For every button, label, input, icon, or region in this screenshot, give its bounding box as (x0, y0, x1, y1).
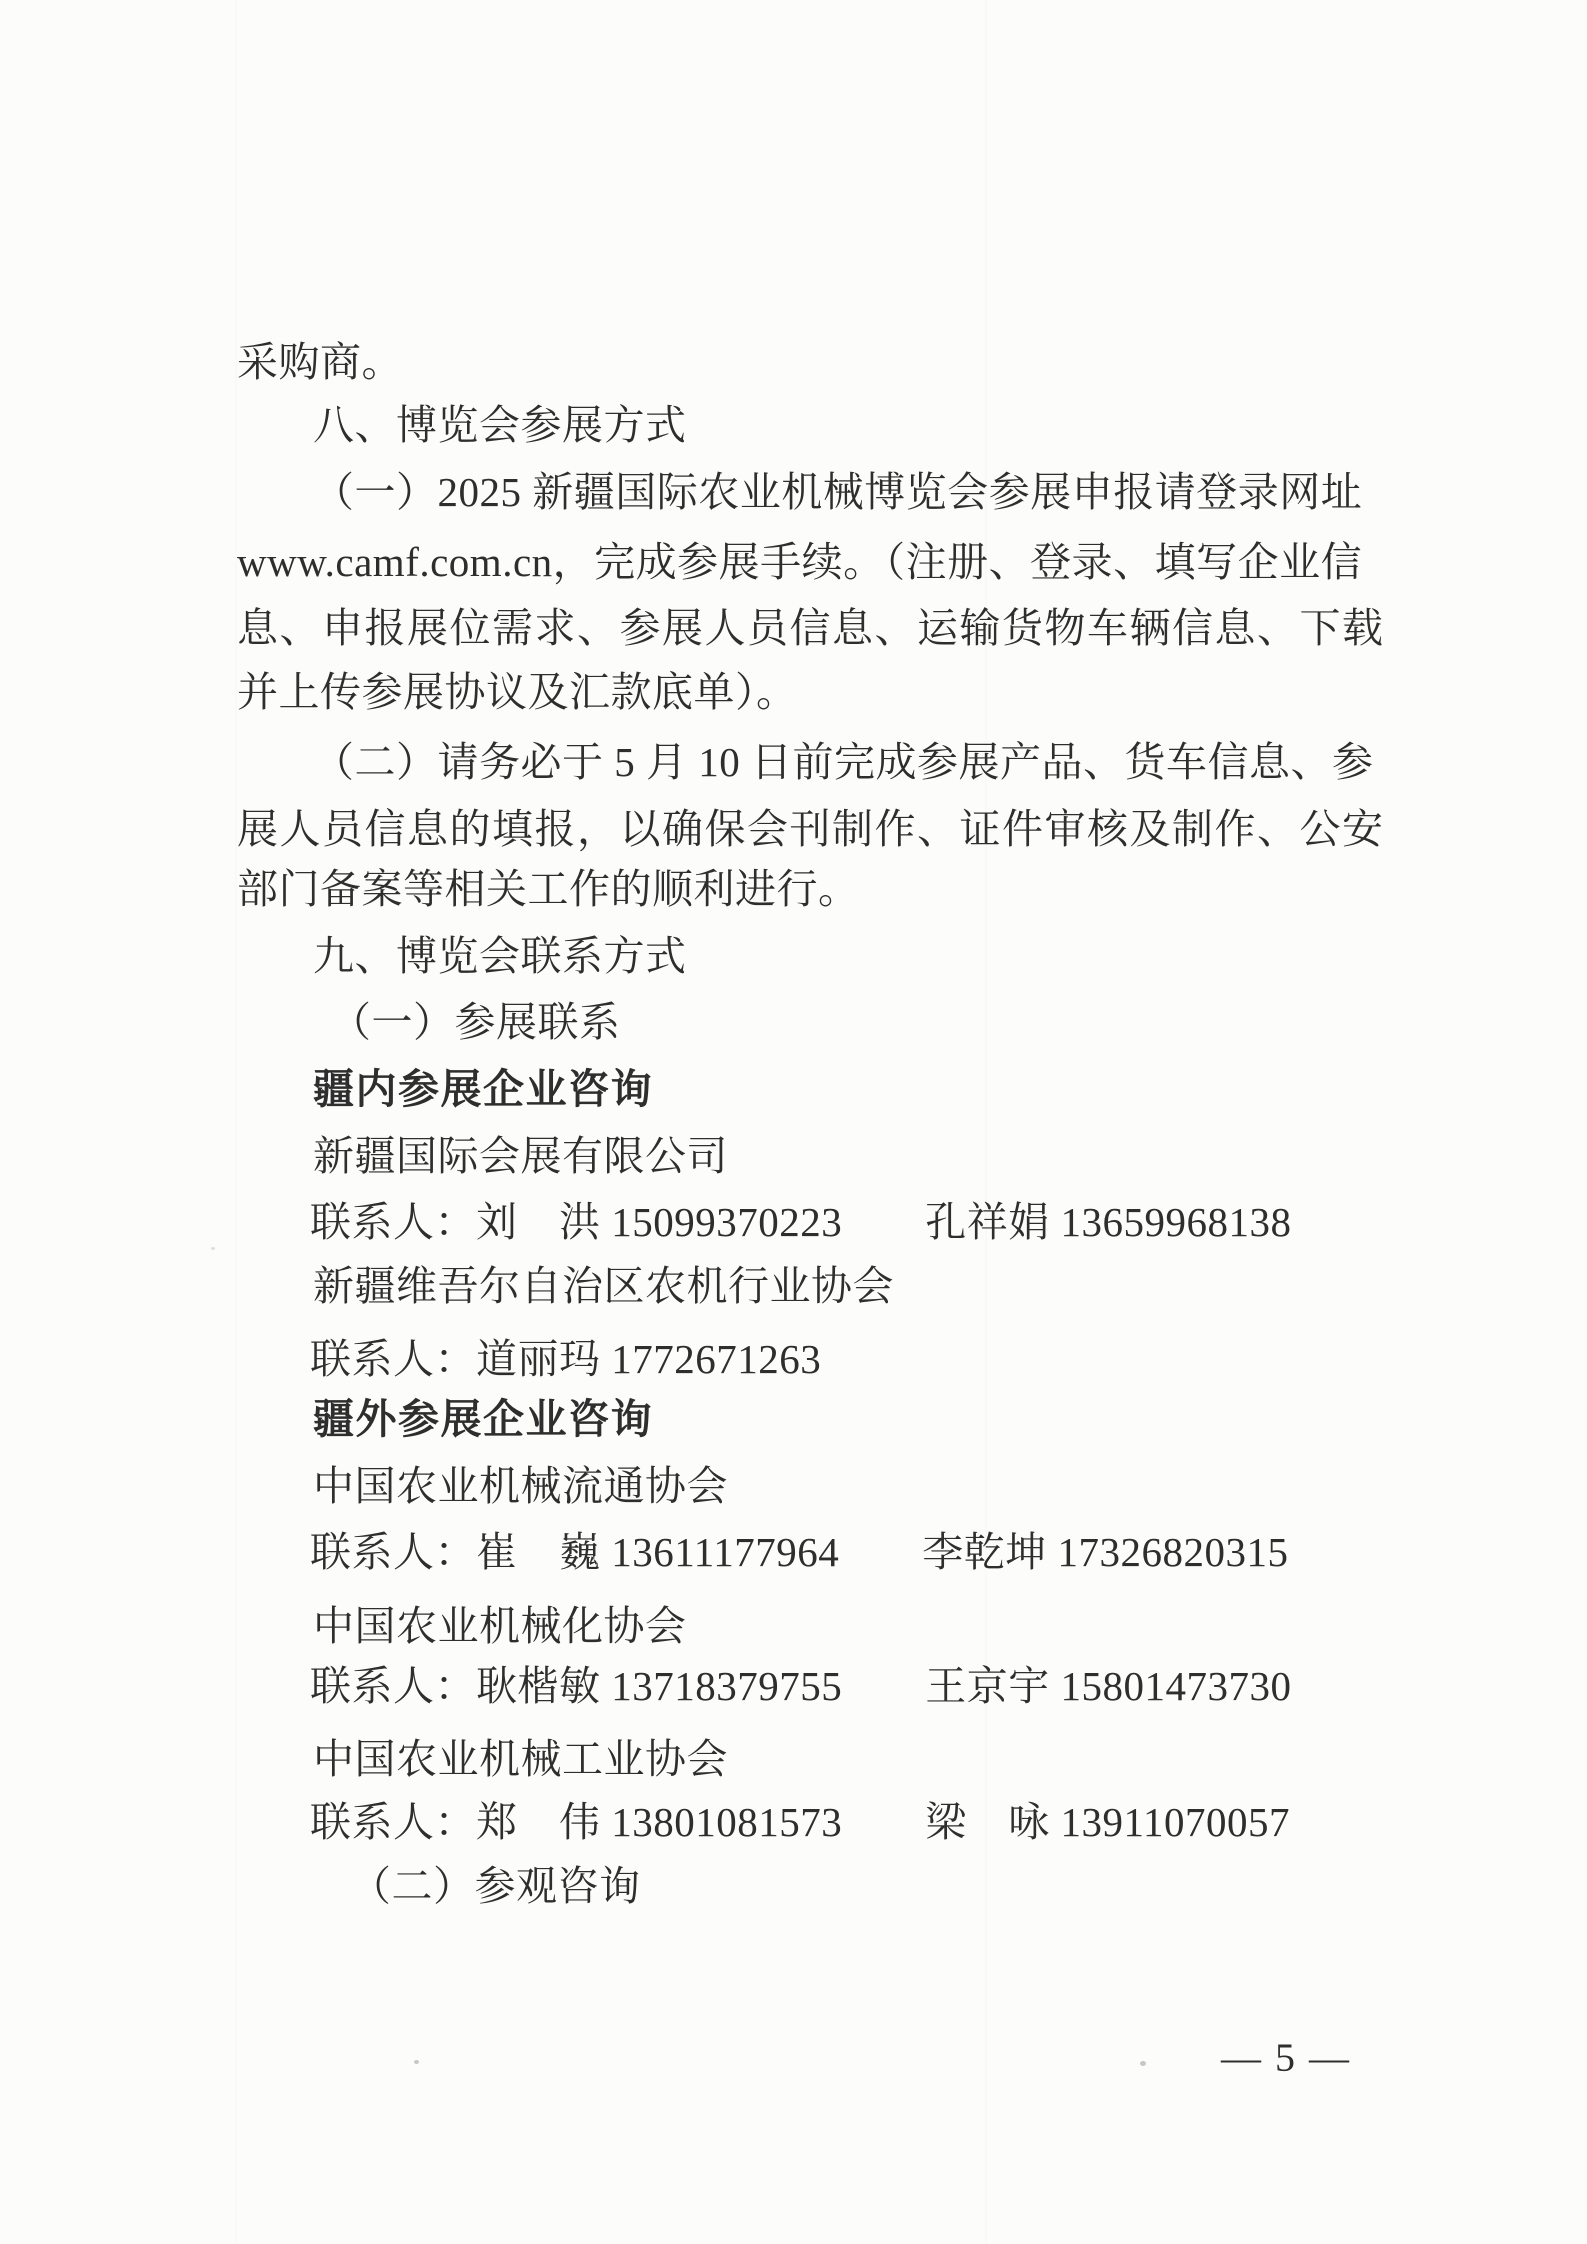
contact-category-heading: 疆内参展企业咨询 (313, 1065, 653, 1113)
contact-phone-line: 联系人：郑 伟 13801081573 梁 咏 13911070057 (310, 1798, 1290, 1846)
scan-speck (1140, 2061, 1146, 2066)
body-text-line: 并上传参展协议及汇款底单）。 (237, 668, 798, 716)
organization-name-line: 中国农业机械工业协会 (313, 1735, 728, 1783)
scan-speck (414, 2060, 419, 2064)
paragraph-first-line: （一）2025 新疆国际农业机械博览会参展申报请登录网址 (313, 468, 1362, 516)
subsection-label: （一）参展联系 (330, 998, 621, 1046)
body-text-line: www.camf.com.cn，完成参展手续。（注册、登录、填写企业信 (237, 538, 1362, 586)
section-heading-8: 八、博览会参展方式 (313, 401, 687, 449)
contact-phone-line: 联系人：道丽玛 1772671263 (310, 1335, 821, 1383)
contact-phone-line: 联系人：耿楷敏 13718379755 王京宇 15801473730 (310, 1662, 1292, 1710)
scanned-document-page: 采购商。 八、博览会参展方式 （一）2025 新疆国际农业机械博览会参展申报请登… (0, 0, 1587, 2244)
subsection-label: （二）参观咨询 (350, 1862, 641, 1910)
organization-name-line: 中国农业机械化协会 (313, 1602, 687, 1650)
contact-phone-line: 联系人：刘 洪 15099370223 孔祥娟 13659968138 (310, 1198, 1292, 1246)
organization-name-line: 中国农业机械流通协会 (313, 1462, 728, 1510)
section-heading-9: 九、博览会联系方式 (313, 932, 687, 980)
paragraph-first-line: （二）请务必于 5 月 10 日前完成参展产品、货车信息、参 (313, 738, 1374, 786)
contact-category-heading: 疆外参展企业咨询 (313, 1395, 653, 1443)
body-text-line: 展人员信息的填报，以确保会刊制作、证件审核及制作、公安 (237, 805, 1385, 853)
scan-speck (211, 1247, 215, 1250)
body-text-line: 息、申报展位需求、参展人员信息、运输货物车辆信息、下载 (237, 604, 1385, 652)
page-number: — 5 — (1221, 2036, 1351, 2080)
body-text-line: 采购商。 (237, 338, 403, 386)
organization-name-line: 新疆国际会展有限公司 (313, 1132, 728, 1180)
organization-name-line: 新疆维吾尔自治区农机行业协会 (313, 1262, 894, 1310)
body-text-line: 部门备案等相关工作的顺利进行。 (237, 865, 860, 913)
contact-phone-line: 联系人：崔 巍 13611177964 李乾坤 17326820315 (310, 1528, 1288, 1576)
